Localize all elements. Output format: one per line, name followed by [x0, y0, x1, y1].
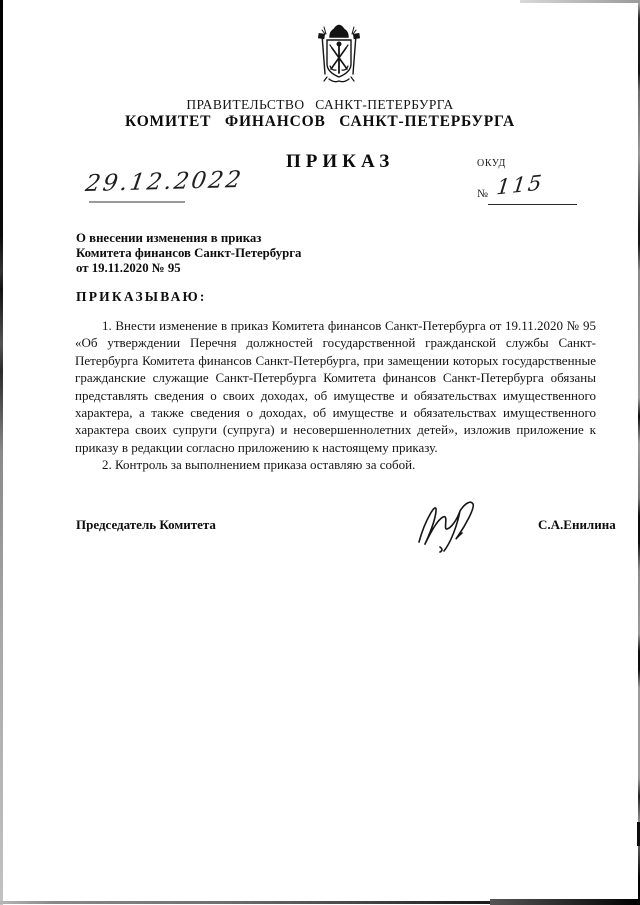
handwritten-signature-icon: [412, 496, 490, 556]
date-underline: [89, 201, 185, 203]
government-name: ПРАВИТЕЛЬСТВО САНКТ-ПЕТЕРБУРГА: [0, 97, 640, 113]
document-type-title: ПРИКАЗ: [286, 151, 394, 173]
handwritten-date: 29.12.2022: [84, 167, 245, 197]
committee-name: КОМИТЕТ ФИНАНСОВ САНКТ-ПЕТЕРБУРГА: [0, 113, 640, 131]
order-verb: ПРИКАЗЫВАЮ:: [76, 289, 207, 305]
okud-label: ОКУД: [477, 158, 506, 169]
order-subject: О внесении изменения в приказ Комитета ф…: [76, 231, 301, 277]
spb-coat-of-arms-icon: [310, 22, 368, 90]
number-underline: [488, 204, 577, 205]
number-label: №: [477, 188, 488, 200]
signatory-position: Председатель Комитета: [76, 517, 216, 533]
handwritten-number: 115: [495, 171, 544, 200]
scan-artifact-left-edge: [0, 0, 3, 905]
order-body: 1. Внести изменение в приказ Комитета фи…: [75, 317, 596, 474]
scan-artifact-top-edge: [520, 0, 640, 3]
scanned-order-page: ПРАВИТЕЛЬСТВО САНКТ-ПЕТЕРБУРГА КОМИТЕТ Ф…: [0, 0, 640, 905]
signatory-name: С.А.Енилина: [538, 517, 616, 533]
paragraph-1: 1. Внести изменение в приказ Комитета фи…: [75, 317, 596, 456]
paragraph-2: 2. Контроль за выполнением приказа остав…: [75, 456, 596, 473]
scan-artifact-bottom-right: [490, 899, 640, 905]
